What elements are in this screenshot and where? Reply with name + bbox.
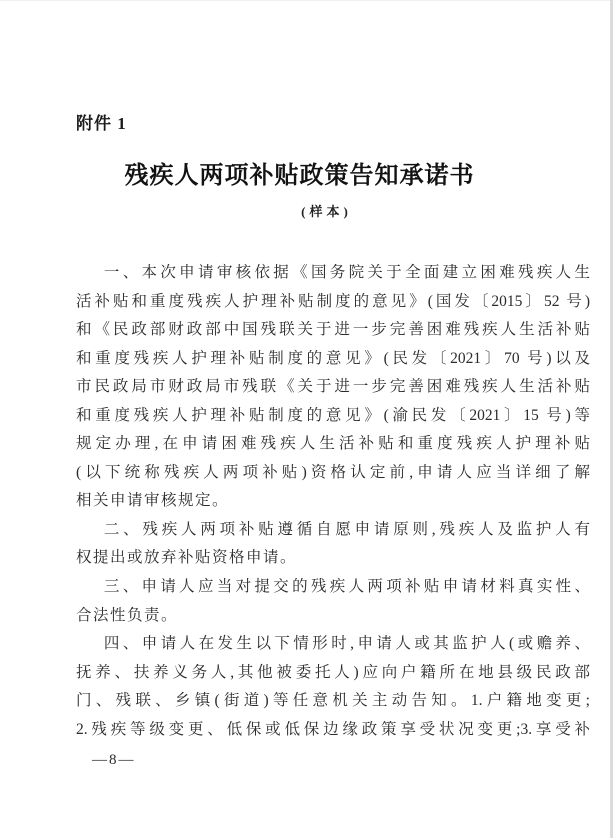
body-line: 规定办理,在申请困难残疾人生活补贴和重度残疾人护理补贴 [76, 430, 590, 459]
body-line: 二、残疾人两项补贴遵循自愿申请原则,残疾人及监护人有 [76, 516, 590, 545]
body-line: 和重度残疾人护理补贴制度的意见》(渝民发〔2021〕15 号)等 [76, 402, 590, 431]
body-line: 抚养、扶养义务人,其他被委托人)应向户籍所在地县级民政部 [76, 659, 590, 688]
page-number: —8— [92, 752, 136, 769]
document-subtitle: (样本) [40, 201, 613, 220]
document-page: 附件 1 残疾人两项补贴政策告知承诺书 (样本) 一、本次申请审核依据《国务院关… [0, 0, 613, 838]
body-line: 合法性负责。 [76, 602, 590, 631]
attachment-label: 附件 1 [76, 109, 127, 134]
body-line: 门、残联、乡镇(街道)等任意机关主动告知。1.户籍地变更; [76, 687, 590, 716]
body-line: 2.残疾等级变更、低保或低保边缘政策享受状况变更;3.享受补 [76, 716, 590, 745]
body-line: 一、本次申请审核依据《国务院关于全面建立困难残疾人生 [76, 259, 590, 288]
body-line: (以下统称残疾人两项补贴)资格认定前,申请人应当详细了解 [76, 459, 590, 488]
page-top-edge-line [0, 0, 613, 1]
document-title: 残疾人两项补贴政策告知承诺书 [0, 155, 599, 190]
body-line: 和重度残疾人护理补贴制度的意见》(民发〔2021〕70 号)以及 [76, 345, 590, 374]
body-line: 四、申请人在发生以下情形时,申请人或其监护人(或赡养、 [76, 630, 590, 659]
body-line: 权提出或放弃补贴资格申请。 [76, 544, 590, 573]
body-line: 活补贴和重度残疾人护理补贴制度的意见》(国发〔2015〕52 号) [76, 288, 590, 317]
body-line: 三、申请人应当对提交的残疾人两项补贴申请材料真实性、 [76, 573, 590, 602]
body-line: 相关申请审核规定。 [76, 487, 590, 516]
document-body: 一、本次申请审核依据《国务院关于全面建立困难残疾人生 活补贴和重度残疾人护理补贴… [76, 259, 590, 744]
body-line: 和《民政部财政部中国残联关于进一步完善困难残疾人生活补贴 [76, 316, 590, 345]
body-line: 市民政局市财政局市残联《关于进一步完善困难残疾人生活补贴 [76, 373, 590, 402]
